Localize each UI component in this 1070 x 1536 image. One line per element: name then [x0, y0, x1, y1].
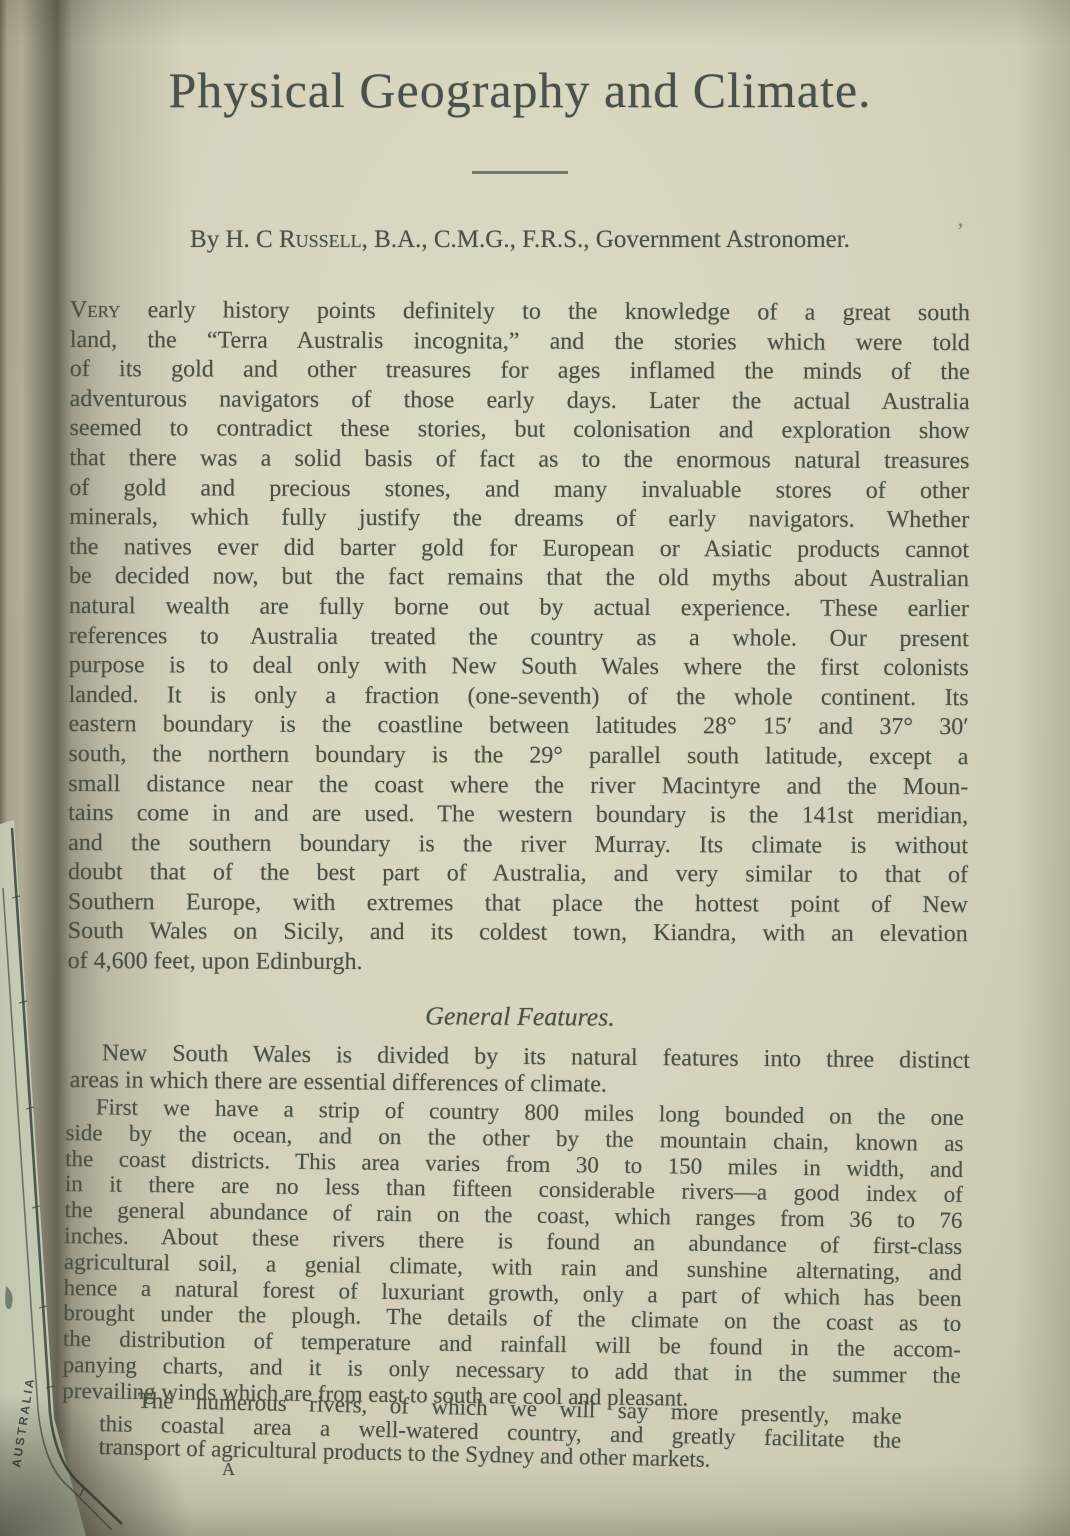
text-line: Southern Europe, with extremes that plac…	[68, 888, 968, 921]
text-line: references to Australia treated the coun…	[69, 622, 969, 655]
signature-mark: A	[222, 1459, 235, 1480]
text-line: eastern boundary is the coastline betwee…	[68, 710, 968, 743]
section-heading: General Features.	[70, 999, 970, 1035]
text-line: the natives ever did barter gold for Eur…	[69, 533, 969, 566]
bottom-left-shadow	[0, 1396, 190, 1536]
general-features-paragraph: New South Wales is divided by its natura…	[70, 1040, 970, 1101]
text-line: doubt that of the best part of Australia…	[68, 858, 968, 891]
intro-paragraph: Very early history points definitely to …	[68, 296, 970, 980]
title-rule	[472, 171, 568, 174]
text-line: be decided now, but the fact remains tha…	[69, 562, 969, 595]
text-line: South Wales on Sicily, and its coldest t…	[68, 917, 968, 950]
text-line: of gold and precious stones, and many in…	[69, 474, 969, 507]
book-photo: AUSTRALIA Physical Geography and Climate…	[0, 0, 1070, 1536]
rivers-paragraph: The numerous rivers, of which we will sa…	[99, 1388, 902, 1475]
byline-suffix: , B.A., C.M.G., F.R.S., Government Astro…	[362, 226, 850, 253]
text-line: adventurous navigators of those early da…	[70, 385, 970, 418]
text-line: and the southern boundary is the river M…	[68, 829, 968, 862]
text-line: small distance near the coast where the …	[68, 769, 968, 802]
stray-quote-mark: ’	[957, 218, 964, 244]
text-line: Very early history points definitely to …	[70, 296, 970, 329]
text-line: south, the northern boundary is the 29° …	[68, 740, 968, 773]
lead-word: Very	[70, 297, 120, 323]
text-line: tains come in and are used. The western …	[68, 799, 968, 832]
text-line: purpose is to deal only with New South W…	[69, 651, 969, 684]
text-line: that there was a solid basis of fact as …	[69, 444, 969, 477]
byline: By H. C Russell, B.A., C.M.G., F.R.S., G…	[70, 226, 970, 254]
coast-districts-paragraph: First we have a strip of country 800 mil…	[62, 1094, 964, 1415]
text-line: seemed to contradict these stories, but …	[69, 414, 969, 447]
page-title: Physical Geography and Climate.	[70, 60, 970, 120]
text-line: minerals, which fully justify the dreams…	[69, 503, 969, 536]
byline-prefix: By H. C	[190, 226, 279, 253]
text-line: landed. It is only a fraction (one-seven…	[69, 681, 969, 714]
byline-author-name: Russell	[279, 226, 362, 253]
text-line: of its gold and other treasures for ages…	[70, 355, 970, 388]
text-line: land, the “Terra Australis incognita,” a…	[70, 326, 970, 359]
lead-line-rest: early history points definitely to the k…	[120, 297, 970, 326]
text-line: of 4,600 feet, upon Edinburgh.	[68, 947, 968, 980]
book-page: Physical Geography and Climate. By H. C …	[70, 0, 970, 1536]
text-line: natural wealth are fully borne out by ac…	[69, 592, 969, 625]
